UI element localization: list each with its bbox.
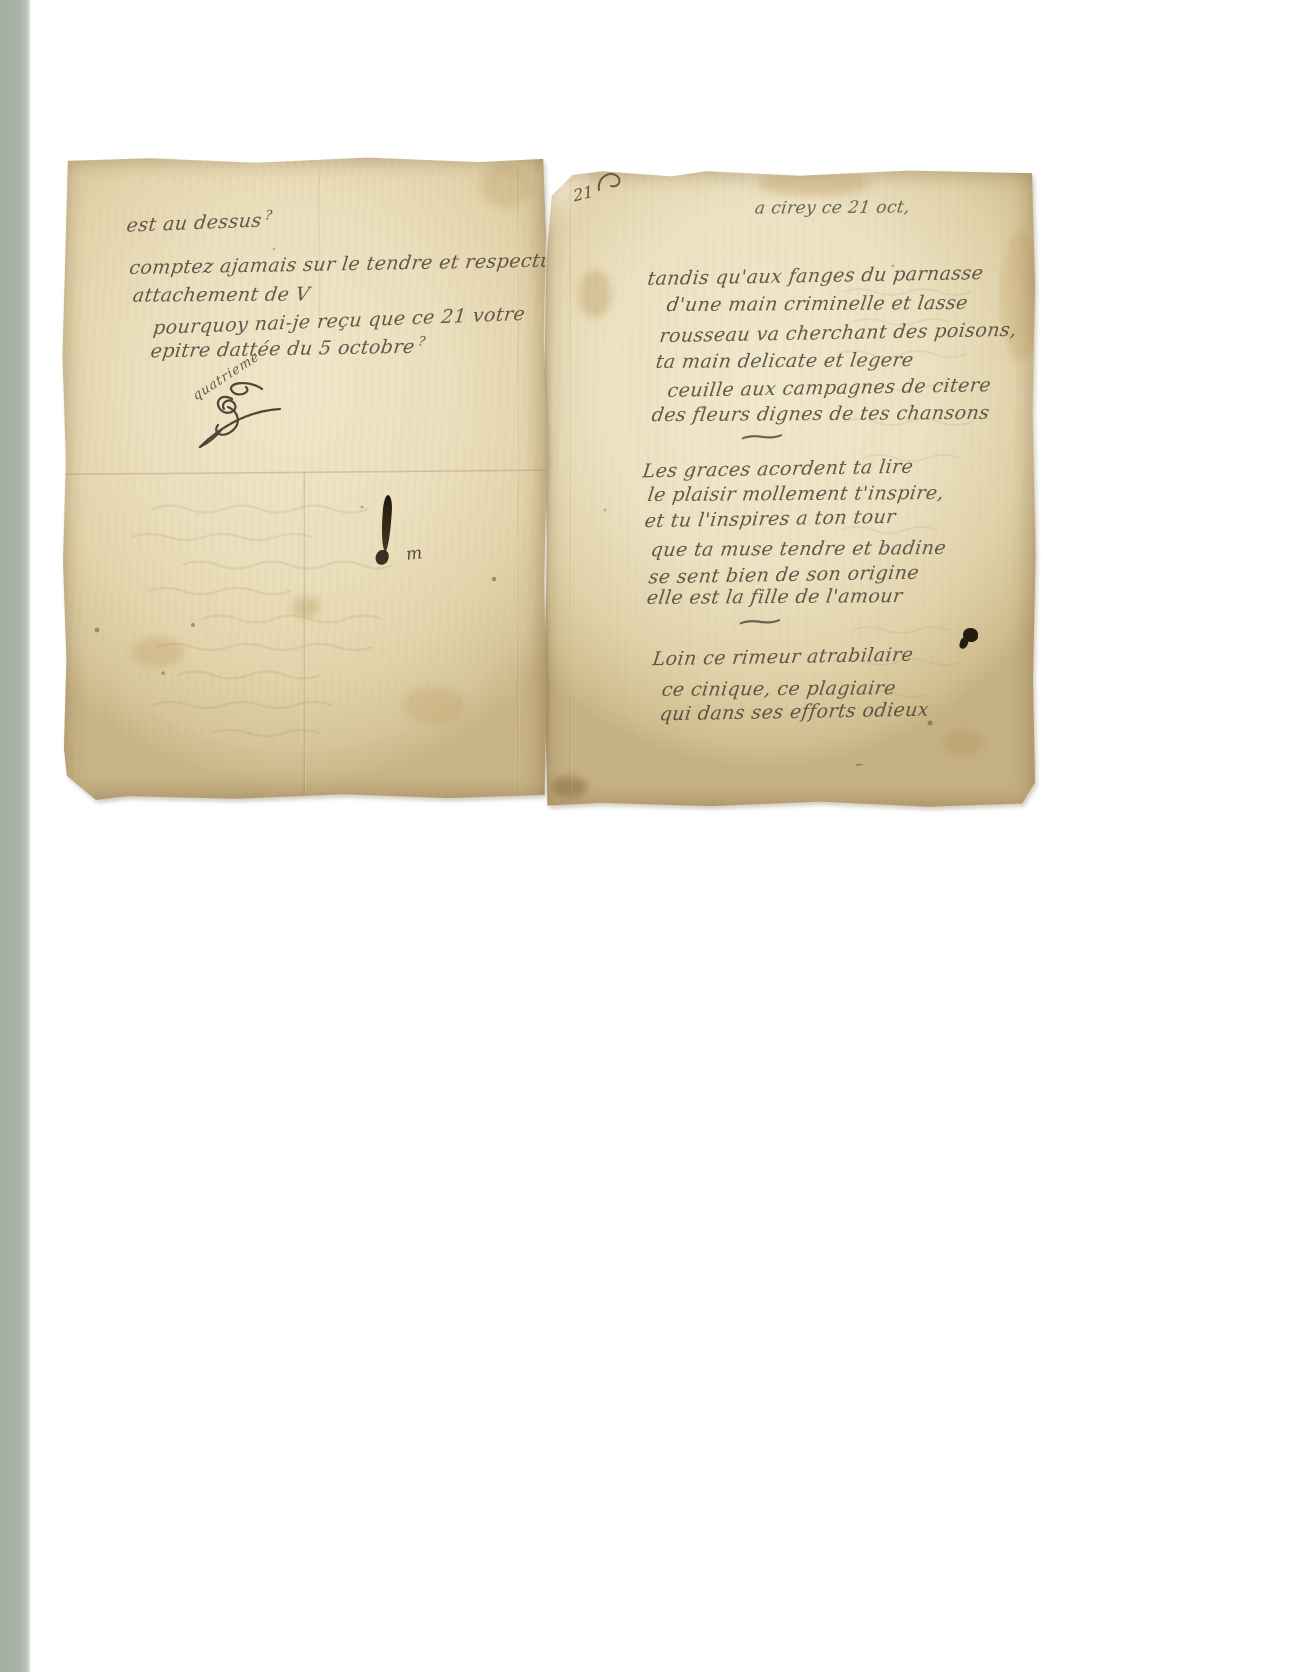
paper-stain <box>758 172 870 196</box>
superscript-question-mark: ? <box>417 335 426 350</box>
stanza-divider-squiggle: ~ <box>729 606 790 638</box>
poem-line: ta main delicate et legere <box>654 349 915 373</box>
line-text: attachement de V <box>131 283 311 306</box>
line-text: comptez ajamais sur le tendre et respect… <box>128 249 547 279</box>
ink-mark: m <box>405 543 423 565</box>
paper-stain <box>480 165 532 207</box>
paper-stain <box>551 776 587 798</box>
stanza-divider-squiggle: ~ <box>731 421 792 453</box>
paper-stain <box>292 597 320 617</box>
dateline-heading: a cirey ce 21 oct, <box>754 197 912 218</box>
poem-line: Loin ce rimeur atrabilaire <box>651 644 914 671</box>
manuscript-left-page: est au dessus? comptez ajamais sur le te… <box>62 157 547 800</box>
handwritten-line: attachement de V <box>131 283 311 306</box>
handwritten-line: epitre dattée du 5 octobre? <box>149 336 423 363</box>
left-page-paper: est au dessus? comptez ajamais sur le te… <box>62 157 547 800</box>
poem-line: Les graces acordent ta lire <box>641 456 914 483</box>
poem-line: ceuille aux campagnes de citere <box>666 374 992 402</box>
poem-line: rousseau va cherchant des poisons, <box>658 319 1018 347</box>
poem-line: tandis qu'aux fanges du parnasse <box>646 262 985 290</box>
handwritten-line: pourquoy nai-je reçu que ce 21 votre <box>152 303 526 339</box>
poem-line: ce cinique, ce plagiaire <box>660 677 897 701</box>
superscript-question-mark: ? <box>264 208 273 223</box>
poem-line: qui dans ses efforts odieux <box>658 699 930 726</box>
handwritten-line: comptez ajamais sur le tendre et respect… <box>128 249 547 279</box>
line-text: pourquoy nai-je reçu que ce 21 votre <box>152 303 526 339</box>
poem-line: que ta muse tendre et badine <box>649 537 947 561</box>
folio-curl-flourish <box>595 170 625 196</box>
line-text: epitre dattée du 5 octobre <box>149 336 416 363</box>
poem-line: des fleurs dignes de tes chansons <box>650 402 991 426</box>
folio-number: 21 <box>572 182 594 206</box>
paper-stain <box>1001 230 1037 362</box>
poem-line: d'une main criminelle et lasse <box>665 292 969 316</box>
ink-blot <box>963 628 978 642</box>
pen-dash-mark: – <box>854 754 864 774</box>
handwritten-line: est au dessus? <box>126 209 271 236</box>
ink-smear <box>380 495 393 551</box>
paper-stain <box>132 637 184 667</box>
right-page-paper: 21 a cirey ce 21 oct, tandis qu'aux fang… <box>543 170 1037 808</box>
line-text: est au dessus <box>126 210 263 237</box>
manuscript-right-page: 21 a cirey ce 21 oct, tandis qu'aux fang… <box>543 170 1037 808</box>
poem-line: le plaisir mollement t'inspire, <box>646 482 945 506</box>
left-margin-band <box>0 0 30 1672</box>
poem-line: et tu l'inspires a ton tour <box>643 506 897 532</box>
fold-crease <box>62 469 547 476</box>
paper-stain <box>402 687 464 723</box>
fold-crease <box>318 175 321 325</box>
paper-stain <box>943 730 983 756</box>
fold-crease <box>303 473 306 800</box>
paper-stain <box>579 270 611 318</box>
fold-crease <box>569 176 572 796</box>
poem-line: elle est la fille de l'amour <box>645 585 904 609</box>
scan-viewer-canvas: { "scan": { "description_label": "two-pa… <box>0 0 1301 1672</box>
